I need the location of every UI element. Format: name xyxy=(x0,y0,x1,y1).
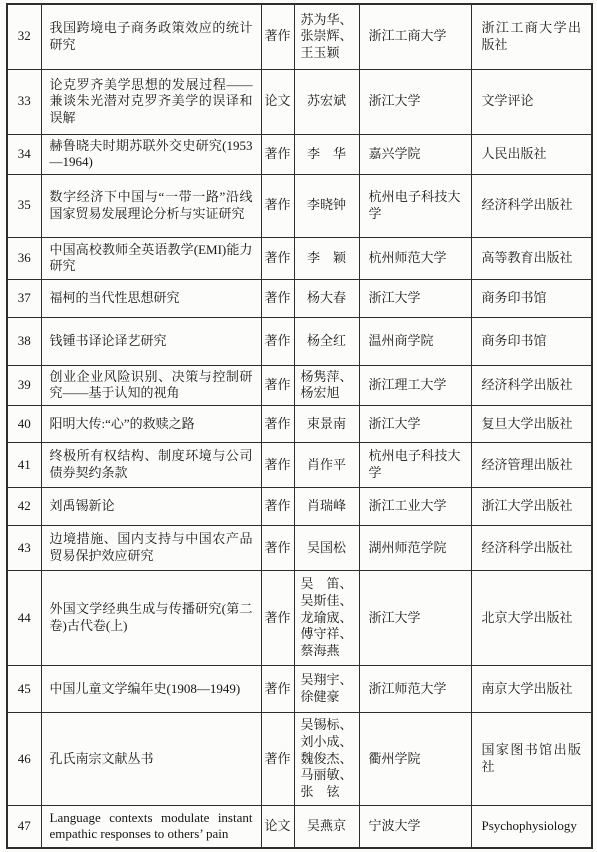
cell-authors: 苏宏斌 xyxy=(294,69,359,134)
cell-institution: 浙江工业大学 xyxy=(359,488,471,526)
cell-authors: 苏为华、 张崇辉、 王玉颖 xyxy=(294,4,359,69)
cell-type: 著作 xyxy=(261,406,294,443)
cell-authors: 杨隽萍、 杨宏旭 xyxy=(294,365,359,405)
cell-no: 43 xyxy=(7,526,41,571)
cell-publisher: 商务印书馆 xyxy=(471,279,592,317)
table-row: 43边境措施、国内支持与中国农产品贸易保护效应研究著作吴国松湖州师范学院经济科学… xyxy=(7,526,592,571)
cell-title: 中国儿童文学编年史(1908—1949) xyxy=(41,666,261,713)
cell-type: 著作 xyxy=(261,279,294,317)
cell-authors: 吴 笛、 吴斯佳、 龙瑜宬、 傅守祥、 蔡海燕 xyxy=(294,571,359,666)
cell-institution: 浙江工商大学 xyxy=(359,4,471,69)
table-row: 38钱锺书译论译艺研究著作杨全红温州商学院商务印书馆 xyxy=(7,317,592,365)
cell-type: 著作 xyxy=(261,237,294,279)
cell-type: 著作 xyxy=(261,134,294,174)
table-row: 39创业企业风险识别、决策与控制研究——基于认知的视角著作杨隽萍、 杨宏旭浙江理… xyxy=(7,365,592,405)
cell-no: 38 xyxy=(7,317,41,365)
cell-institution: 杭州电子科技大学 xyxy=(359,174,471,237)
table-row: 44外国文学经典生成与传播研究(第二卷)古代卷(上)著作吴 笛、 吴斯佳、 龙瑜… xyxy=(7,571,592,666)
cell-no: 45 xyxy=(7,666,41,713)
cell-authors: 李 颖 xyxy=(294,237,359,279)
cell-publisher: 经济科学出版社 xyxy=(471,174,592,237)
table-row: 42刘禹锡新论著作肖瑞峰浙江工业大学浙江大学出版社 xyxy=(7,488,592,526)
cell-publisher: 高等教育出版社 xyxy=(471,237,592,279)
cell-authors: 吴锡标、 刘小成、 魏俊杰、 马丽敏、 张 铉 xyxy=(294,713,359,806)
cell-title: 创业企业风险识别、决策与控制研究——基于认知的视角 xyxy=(41,365,261,405)
cell-no: 46 xyxy=(7,713,41,806)
cell-institution: 浙江大学 xyxy=(359,571,471,666)
cell-no: 32 xyxy=(7,4,41,69)
table-row: 40阳明大传:“心”的救赎之路著作束景南浙江大学复旦大学出版社 xyxy=(7,406,592,443)
table-row: 46孔氏南宗文献丛书著作吴锡标、 刘小成、 魏俊杰、 马丽敏、 张 铉衢州学院国… xyxy=(7,713,592,806)
cell-type: 著作 xyxy=(261,488,294,526)
cell-type: 论文 xyxy=(261,806,294,848)
table-row: 47Language contexts modulate instant emp… xyxy=(7,806,592,848)
cell-no: 41 xyxy=(7,443,41,488)
table-body: 32我国跨境电子商务政策效应的统计研究著作苏为华、 张崇辉、 王玉颖浙江工商大学… xyxy=(7,4,592,848)
cell-publisher: 浙江工商大学出版社 xyxy=(471,4,592,69)
cell-institution: 嘉兴学院 xyxy=(359,134,471,174)
cell-no: 35 xyxy=(7,174,41,237)
cell-publisher: 经济科学出版社 xyxy=(471,365,592,405)
cell-publisher: 北京大学出版社 xyxy=(471,571,592,666)
cell-institution: 温州商学院 xyxy=(359,317,471,365)
cell-no: 40 xyxy=(7,406,41,443)
cell-title: 刘禹锡新论 xyxy=(41,488,261,526)
cell-type: 著作 xyxy=(261,4,294,69)
table-row: 45中国儿童文学编年史(1908—1949)著作吴翔宇、 徐健豪浙江师范大学南京… xyxy=(7,666,592,713)
cell-title: 赫鲁晓夫时期苏联外交史研究(1953—1964) xyxy=(41,134,261,174)
cell-institution: 浙江大学 xyxy=(359,279,471,317)
cell-type: 著作 xyxy=(261,526,294,571)
cell-institution: 衢州学院 xyxy=(359,713,471,806)
cell-title: 终极所有权结构、制度环境与公司债券契约条款 xyxy=(41,443,261,488)
table-row: 35数字经济下中国与“一带一路”沿线国家贸易发展理论分析与实证研究著作李晓钟杭州… xyxy=(7,174,592,237)
cell-title: 孔氏南宗文献丛书 xyxy=(41,713,261,806)
cell-institution: 浙江大学 xyxy=(359,69,471,134)
cell-no: 44 xyxy=(7,571,41,666)
table-row: 33论克罗齐美学思想的发展过程——兼谈朱光潜对克罗齐美学的误译和误解论文苏宏斌浙… xyxy=(7,69,592,134)
cell-no: 47 xyxy=(7,806,41,848)
cell-title: 中国高校教师全英语教学(EMI)能力研究 xyxy=(41,237,261,279)
cell-type: 著作 xyxy=(261,713,294,806)
cell-authors: 吴国松 xyxy=(294,526,359,571)
cell-no: 33 xyxy=(7,69,41,134)
cell-publisher: 南京大学出版社 xyxy=(471,666,592,713)
cell-institution: 浙江师范大学 xyxy=(359,666,471,713)
cell-type: 论文 xyxy=(261,69,294,134)
cell-publisher: 复旦大学出版社 xyxy=(471,406,592,443)
cell-institution: 湖州师范学院 xyxy=(359,526,471,571)
cell-no: 36 xyxy=(7,237,41,279)
cell-type: 著作 xyxy=(261,666,294,713)
cell-type: 著作 xyxy=(261,365,294,405)
cell-title: 我国跨境电子商务政策效应的统计研究 xyxy=(41,4,261,69)
cell-title: 阳明大传:“心”的救赎之路 xyxy=(41,406,261,443)
cell-publisher: Psychophysiology xyxy=(471,806,592,848)
table-row: 32我国跨境电子商务政策效应的统计研究著作苏为华、 张崇辉、 王玉颖浙江工商大学… xyxy=(7,4,592,69)
cell-authors: 李晓钟 xyxy=(294,174,359,237)
table-row: 37福柯的当代性思想研究著作杨大春浙江大学商务印书馆 xyxy=(7,279,592,317)
cell-authors: 杨大春 xyxy=(294,279,359,317)
cell-title: 外国文学经典生成与传播研究(第二卷)古代卷(上) xyxy=(41,571,261,666)
cell-institution: 宁波大学 xyxy=(359,806,471,848)
cell-authors: 吴燕京 xyxy=(294,806,359,848)
cell-authors: 李 华 xyxy=(294,134,359,174)
cell-no: 34 xyxy=(7,134,41,174)
cell-publisher: 浙江大学出版社 xyxy=(471,488,592,526)
cell-authors: 束景南 xyxy=(294,406,359,443)
cell-publisher: 经济科学出版社 xyxy=(471,526,592,571)
cell-title: 论克罗齐美学思想的发展过程——兼谈朱光潜对克罗齐美学的误译和误解 xyxy=(41,69,261,134)
cell-publisher: 文学评论 xyxy=(471,69,592,134)
cell-title: 钱锺书译论译艺研究 xyxy=(41,317,261,365)
cell-institution: 杭州电子科技大学 xyxy=(359,443,471,488)
table-row: 34赫鲁晓夫时期苏联外交史研究(1953—1964)著作李 华嘉兴学院人民出版社 xyxy=(7,134,592,174)
cell-publisher: 商务印书馆 xyxy=(471,317,592,365)
cell-no: 42 xyxy=(7,488,41,526)
cell-type: 著作 xyxy=(261,443,294,488)
scanned-document-page: 32我国跨境电子商务政策效应的统计研究著作苏为华、 张崇辉、 王玉颖浙江工商大学… xyxy=(6,3,591,849)
cell-type: 著作 xyxy=(261,317,294,365)
cell-authors: 肖作平 xyxy=(294,443,359,488)
cell-authors: 肖瑞峰 xyxy=(294,488,359,526)
cell-no: 39 xyxy=(7,365,41,405)
cell-authors: 吴翔宇、 徐健豪 xyxy=(294,666,359,713)
table-row: 41终极所有权结构、制度环境与公司债券契约条款著作肖作平杭州电子科技大学经济管理… xyxy=(7,443,592,488)
cell-publisher: 经济管理出版社 xyxy=(471,443,592,488)
cell-no: 37 xyxy=(7,279,41,317)
cell-title: 边境措施、国内支持与中国农产品贸易保护效应研究 xyxy=(41,526,261,571)
cell-authors: 杨全红 xyxy=(294,317,359,365)
cell-institution: 浙江理工大学 xyxy=(359,365,471,405)
cell-type: 著作 xyxy=(261,174,294,237)
table-row: 36中国高校教师全英语教学(EMI)能力研究著作李 颖杭州师范大学高等教育出版社 xyxy=(7,237,592,279)
cell-publisher: 国家图书馆出版社 xyxy=(471,713,592,806)
cell-type: 著作 xyxy=(261,571,294,666)
cell-institution: 杭州师范大学 xyxy=(359,237,471,279)
cell-institution: 浙江大学 xyxy=(359,406,471,443)
cell-title: 数字经济下中国与“一带一路”沿线国家贸易发展理论分析与实证研究 xyxy=(41,174,261,237)
cell-title: Language contexts modulate instant empat… xyxy=(41,806,261,848)
cell-publisher: 人民出版社 xyxy=(471,134,592,174)
publications-table: 32我国跨境电子商务政策效应的统计研究著作苏为华、 张崇辉、 王玉颖浙江工商大学… xyxy=(6,3,593,849)
cell-title: 福柯的当代性思想研究 xyxy=(41,279,261,317)
